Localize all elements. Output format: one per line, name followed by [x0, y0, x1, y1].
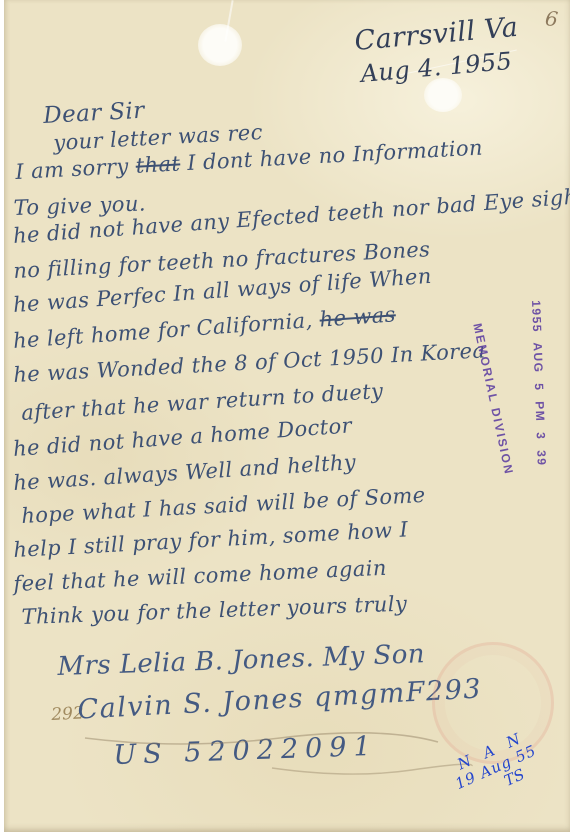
page-number: 6 [544, 6, 560, 31]
paper-hole [424, 78, 462, 112]
scanned-letter-page: 6 Carrsvill Va Aug 4. 1955 Dear Sir your… [0, 0, 570, 832]
paper-hole [198, 24, 242, 66]
salutation: Dear Sir [43, 98, 146, 129]
struck-text: that [135, 151, 181, 177]
